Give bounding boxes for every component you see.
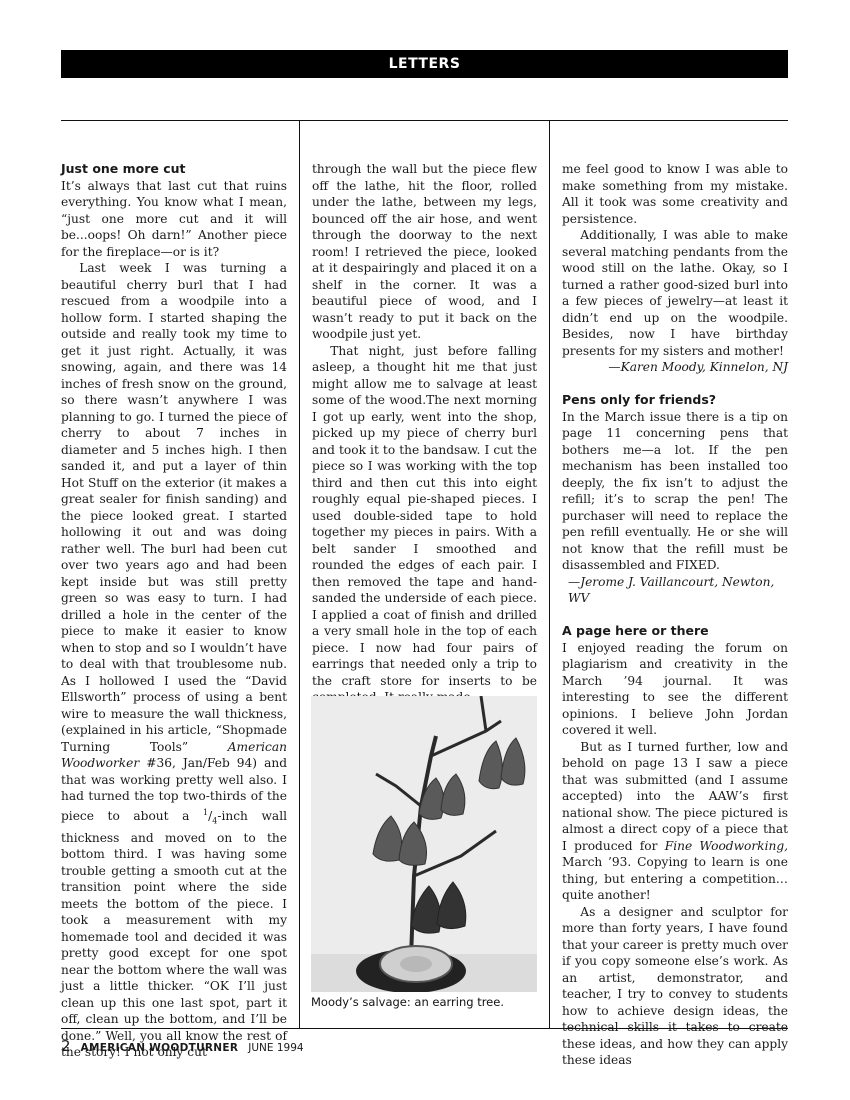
letter-paragraph: Last week I was turning a beautiful cher… — [61, 260, 287, 1061]
page-footer: 2 AMERICAN WOODTURNER JUNE 1994 — [61, 1037, 304, 1055]
letter-title-pens-only-for-friends: Pens only for friends? — [562, 392, 788, 409]
letter-title-just-one-more-cut: Just one more cut — [61, 161, 287, 178]
letter-paragraph-continued: through the wall but the piece flew off … — [312, 161, 537, 343]
column-divider-1 — [299, 120, 300, 1028]
column-3: me feel good to know I was able to make … — [562, 161, 788, 1069]
top-rule — [61, 120, 788, 121]
letter-signature: —Karen Moody, Kinnelon, NJ — [562, 359, 788, 376]
page-number: 2 — [61, 1037, 71, 1055]
photo-caption: Moody’s salvage: an earring tree. — [311, 995, 504, 1009]
section-banner: LETTERS — [61, 50, 788, 78]
letter-paragraph: It’s always that last cut that ruins eve… — [61, 178, 287, 261]
magazine-name: AMERICAN WOODTURNER — [81, 1042, 239, 1054]
publication-title: Fine Woodworking, — [665, 839, 788, 853]
letter-paragraph: As a designer and sculptor for more than… — [562, 904, 788, 1069]
letter-title-a-page-here-or-there: A page here or there — [562, 623, 788, 640]
earring-tree-illustration — [311, 696, 537, 992]
letter-paragraph: I enjoyed reading the forum on plagiaris… — [562, 640, 788, 739]
letter-paragraph-continued: me feel good to know I was able to make … — [562, 161, 788, 227]
letter-paragraph: But as I turned further, low and behold … — [562, 739, 788, 904]
letter-paragraph: Additionally, I was able to make several… — [562, 227, 788, 359]
letter-signature: —Jerome J. Vaillancourt, Newton, WV — [562, 574, 788, 607]
letter-paragraph: In the March issue there is a tip on pag… — [562, 409, 788, 574]
column-divider-2 — [549, 120, 550, 1028]
section-title: LETTERS — [389, 56, 461, 72]
issue-date: JUNE 1994 — [248, 1042, 303, 1054]
column-1: Just one more cut It’s always that last … — [61, 161, 287, 1061]
letter-paragraph: That night, just before falling asleep, … — [312, 343, 537, 706]
column-2: through the wall but the piece flew off … — [312, 161, 537, 706]
earring-tree-photo — [311, 696, 537, 992]
